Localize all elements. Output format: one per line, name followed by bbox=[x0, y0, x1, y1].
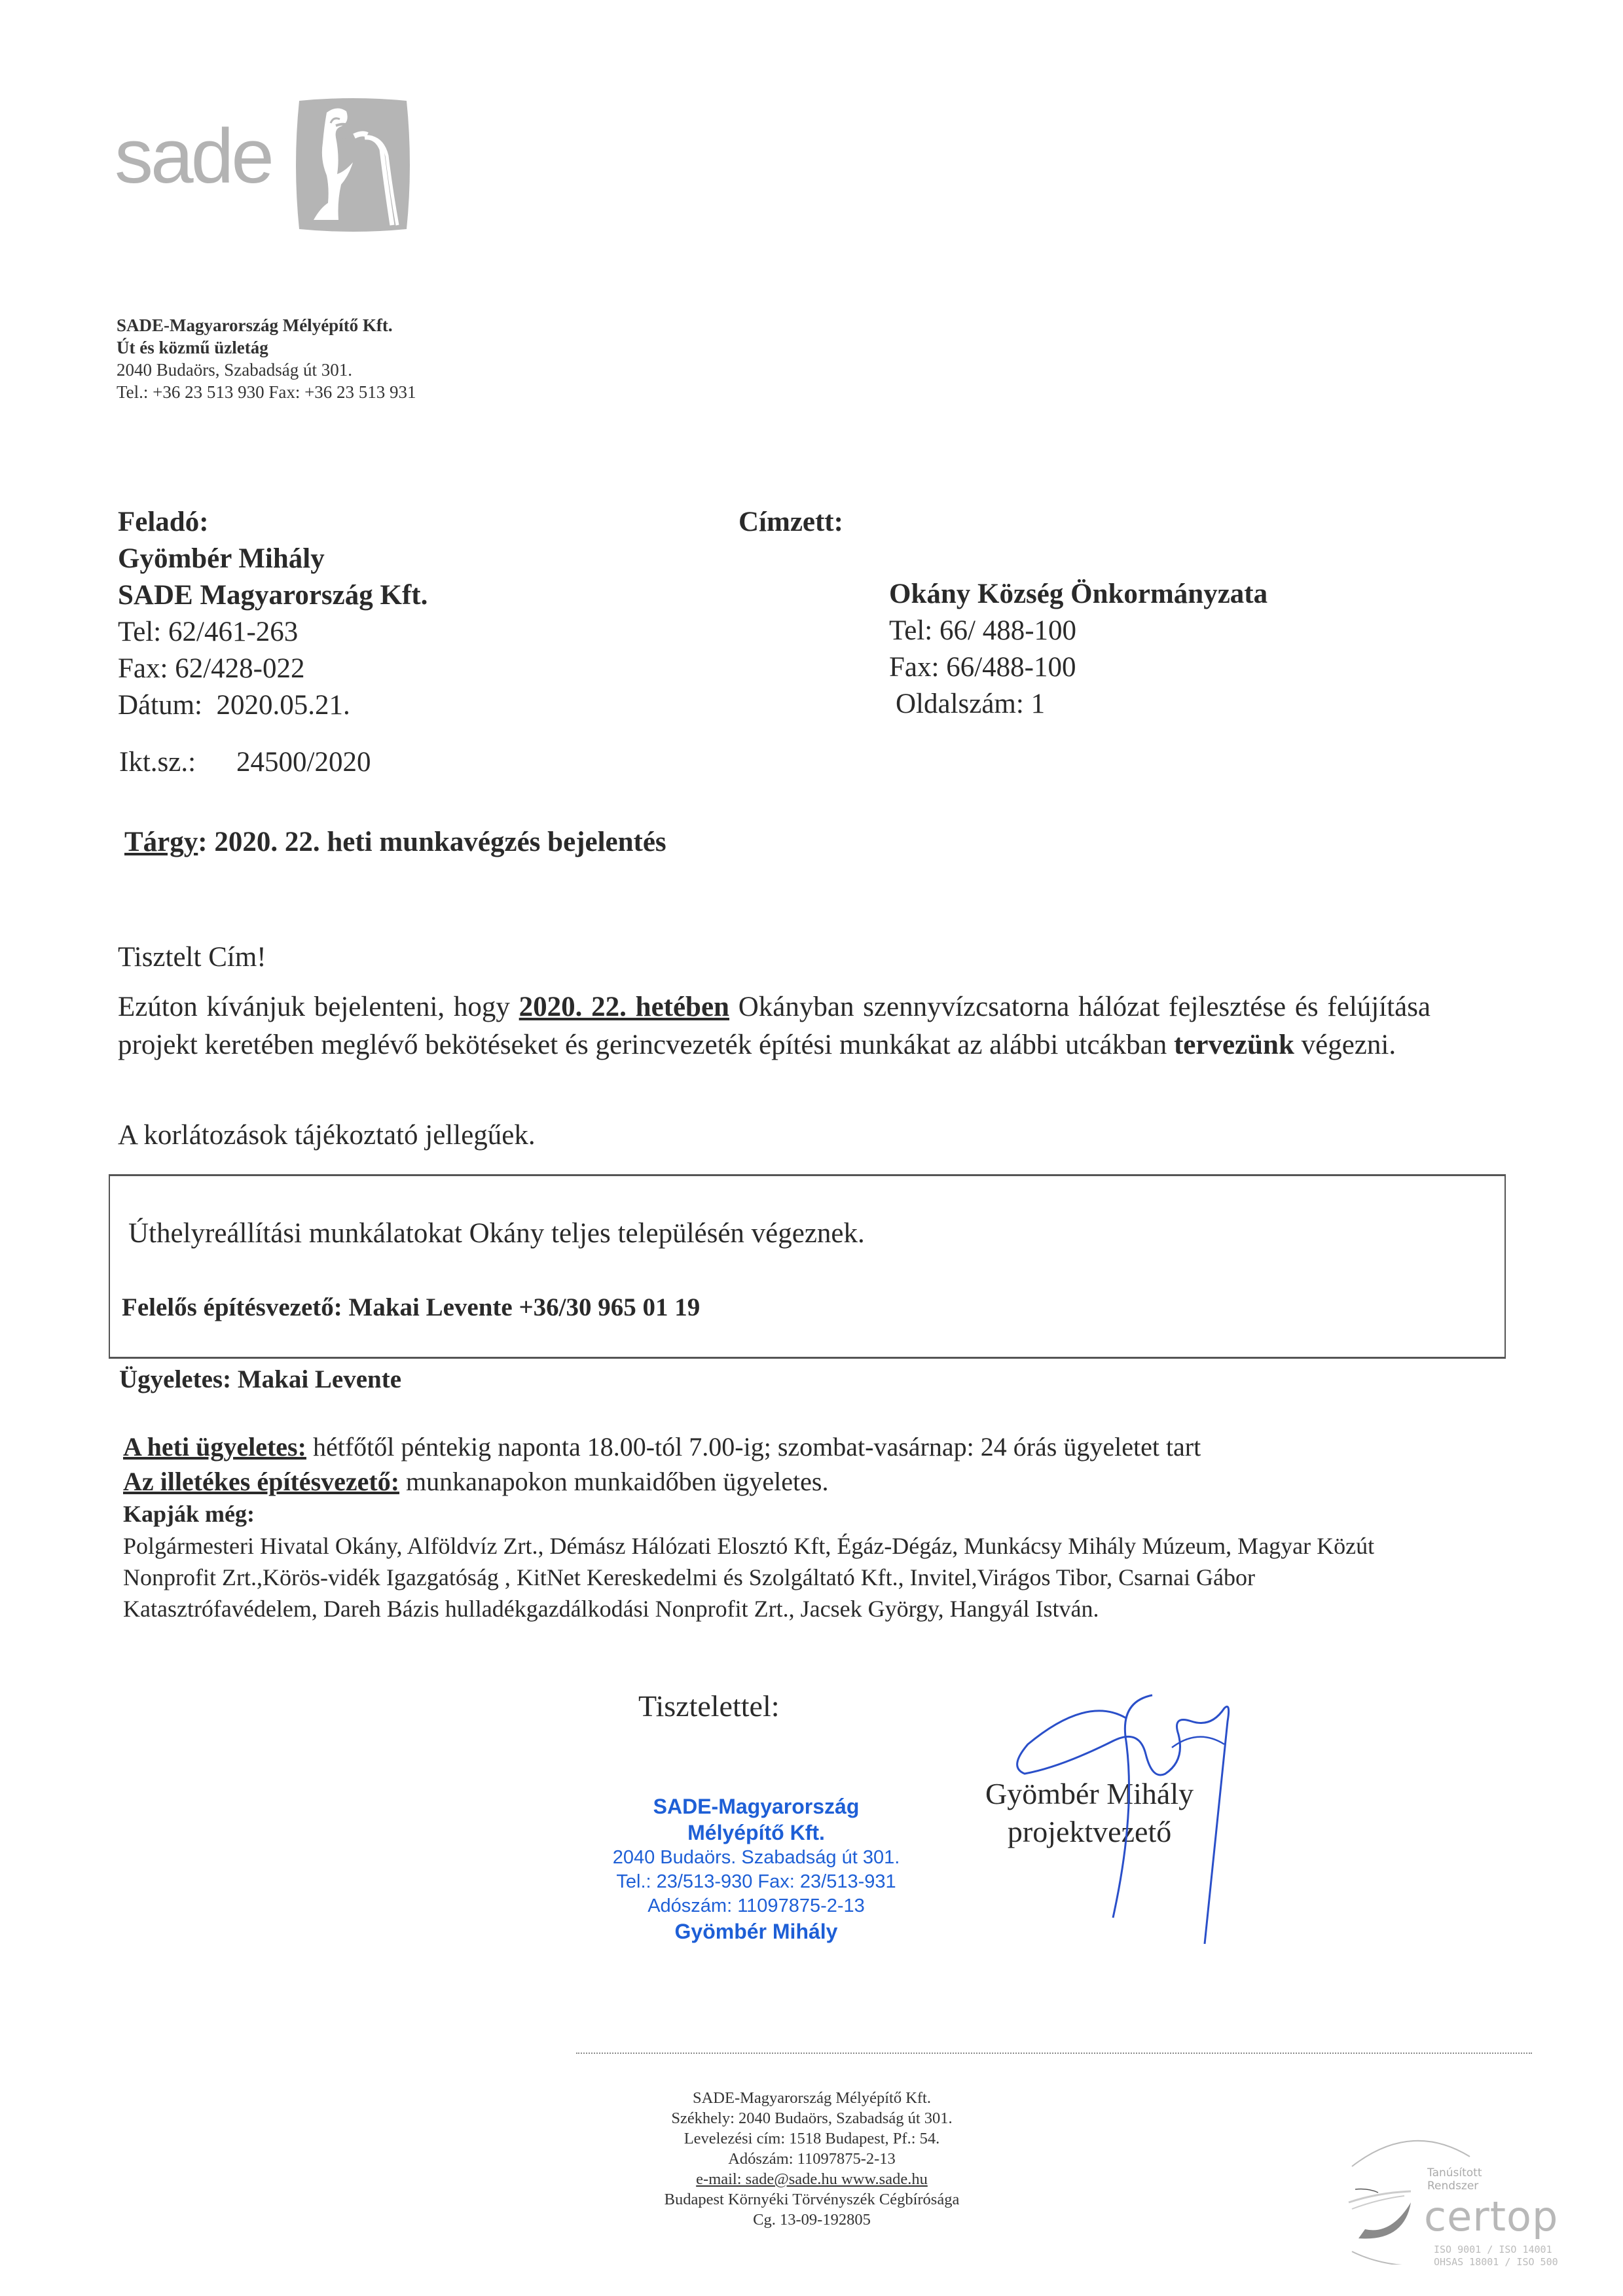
company-address: 2040 Budaörs, Szabadság út 301. bbox=[117, 359, 416, 381]
footer: SADE-Magyarország Mélyépítő Kft. Székhel… bbox=[576, 2088, 1048, 2230]
footer-email-web[interactable]: e-mail: sade@sade.hu www.sade.hu bbox=[576, 2169, 1048, 2189]
sade-water-figure-logo-icon bbox=[293, 97, 412, 233]
restrictions-note: A korlátozások tájékoztató jellegűek. bbox=[118, 1119, 536, 1151]
intro-bold: tervezünk bbox=[1174, 1030, 1294, 1060]
reference-value: 24500/2020 bbox=[236, 747, 371, 778]
page-number: Oldalszám: 1 bbox=[889, 686, 1267, 723]
weekly-duty-text: hétfőtől péntekig naponta 18.00-tól 7.00… bbox=[306, 1432, 1201, 1462]
intro-text: Ezúton kívánjuk bejelenteni, hogy bbox=[118, 992, 519, 1022]
on-duty-person: Ügyeletes: Makai Levente bbox=[119, 1365, 401, 1394]
site-manager-label: Az illetékes építésvezető: bbox=[123, 1467, 399, 1496]
company-name: SADE-Magyarország Mélyépítő Kft. bbox=[117, 314, 416, 336]
road-restoration-note: Úthelyreállítási munkálatokat Okány telj… bbox=[128, 1217, 865, 1249]
subject-text: : 2020. 22. heti munkavégzés bejelentés bbox=[198, 827, 666, 857]
handwritten-signature-icon bbox=[989, 1682, 1283, 1957]
closing-regards: Tisztelettel: bbox=[638, 1689, 780, 1723]
subject-line: Tárgy: 2020. 22. heti munkavégzés bejele… bbox=[124, 826, 666, 858]
sender-fax: Fax: 62/428-022 bbox=[118, 651, 428, 687]
stamp-line: Adószám: 11097875-2-13 bbox=[593, 1894, 920, 1918]
footer-postal: Levelezési cím: 1518 Budapest, Pf.: 54. bbox=[576, 2128, 1048, 2149]
weekly-duty-label: A heti ügyeletes: bbox=[123, 1432, 306, 1462]
sender-date: Dátum: 2020.05.21. bbox=[118, 687, 428, 724]
footer-court: Budapest Környéki Törvényszék Cégbíróság… bbox=[576, 2189, 1048, 2210]
date-value: 2020.05.21. bbox=[216, 690, 350, 721]
footer-company: SADE-Magyarország Mélyépítő Kft. bbox=[576, 2088, 1048, 2108]
cert-caption: Tanúsított Rendszer bbox=[1427, 2166, 1482, 2193]
reference-label: Ikt.sz.: bbox=[119, 747, 196, 778]
stamp-line: Tel.: 23/513-930 Fax: 23/513-931 bbox=[593, 1870, 920, 1894]
stamp-line: Gyömbér Mihály bbox=[593, 1918, 920, 1945]
sender-label: Feladó: bbox=[118, 504, 428, 541]
cert-brand: certop bbox=[1424, 2193, 1558, 2240]
cert-line: Tanúsított bbox=[1427, 2166, 1482, 2179]
info-box bbox=[109, 1174, 1506, 1359]
cc-label: Kapják még: bbox=[123, 1500, 255, 1528]
company-tel-fax: Tel.: +36 23 513 930 Fax: +36 23 513 931 bbox=[117, 381, 416, 403]
site-manager-text: munkanapokon munkaidőben ügyeletes. bbox=[399, 1467, 828, 1496]
intro-week: 2020. 22. hetében bbox=[519, 992, 729, 1022]
greeting: Tisztelt Cím! bbox=[118, 941, 266, 973]
footer-seat: Székhely: 2040 Budaörs, Szabadság út 301… bbox=[576, 2108, 1048, 2128]
cert-iso-line: ISO 9001 / ISO 14001 bbox=[1434, 2244, 1558, 2256]
intro-text: végezni. bbox=[1294, 1030, 1396, 1060]
reference-number: Ikt.sz.:24500/2020 bbox=[119, 746, 371, 778]
certification-logo: Tanúsított Rendszer certop ISO 9001 / IS… bbox=[1313, 2094, 1575, 2265]
cert-iso: ISO 9001 / ISO 14001 OHSAS 18001 / ISO 5… bbox=[1434, 2244, 1558, 2269]
stamp-line: Mélyépítő Kft. bbox=[593, 1820, 920, 1846]
recipient-block: Okány Község Önkormányzata Tel: 66/ 488-… bbox=[889, 576, 1267, 723]
sender-tel: Tel: 62/461-263 bbox=[118, 614, 428, 651]
recipient-tel: Tel: 66/ 488-100 bbox=[889, 613, 1267, 649]
cc-list: Polgármesteri Hivatal Okány, Alföldvíz Z… bbox=[123, 1530, 1426, 1624]
sender-name: Gyömbér Mihály bbox=[118, 541, 428, 577]
company-header: SADE-Magyarország Mélyépítő Kft. Út és k… bbox=[117, 314, 416, 403]
recipient-name: Okány Község Önkormányzata bbox=[889, 576, 1267, 613]
footer-tax: Adószám: 11097875-2-13 bbox=[576, 2149, 1048, 2169]
company-stamp: SADE-Magyarország Mélyépítő Kft. 2040 Bu… bbox=[593, 1793, 920, 1945]
sender-block: Feladó: Gyömbér Mihály SADE Magyarország… bbox=[118, 504, 428, 724]
recipient-label: Címzett: bbox=[739, 504, 843, 541]
stamp-line: 2040 Budaörs. Szabadság út 301. bbox=[593, 1846, 920, 1870]
footer-reg: Cg. 13-09-192805 bbox=[576, 2210, 1048, 2230]
subject-label: Tárgy bbox=[124, 827, 198, 857]
responsible-manager: Felelős építésvezető: Makai Levente +36/… bbox=[122, 1293, 700, 1322]
intro-paragraph: Ezúton kívánjuk bejelenteni, hogy 2020. … bbox=[118, 988, 1431, 1064]
sender-company: SADE Magyarország Kft. bbox=[118, 577, 428, 614]
sade-wordmark: sade bbox=[115, 118, 272, 195]
cert-line: Rendszer bbox=[1427, 2179, 1482, 2193]
company-division: Út és közmű üzletág bbox=[117, 336, 416, 359]
stamp-line: SADE-Magyarország bbox=[593, 1793, 920, 1820]
weekly-duty: A heti ügyeletes: hétfőtől péntekig napo… bbox=[123, 1431, 1201, 1462]
recipient-fax: Fax: 66/488-100 bbox=[889, 649, 1267, 686]
date-label: Dátum: bbox=[118, 690, 202, 721]
cert-iso-line: OHSAS 18001 / ISO 500 bbox=[1434, 2256, 1558, 2269]
site-manager-duty: Az illetékes építésvezető: munkanapokon … bbox=[123, 1466, 828, 1497]
footer-divider bbox=[576, 2053, 1532, 2054]
